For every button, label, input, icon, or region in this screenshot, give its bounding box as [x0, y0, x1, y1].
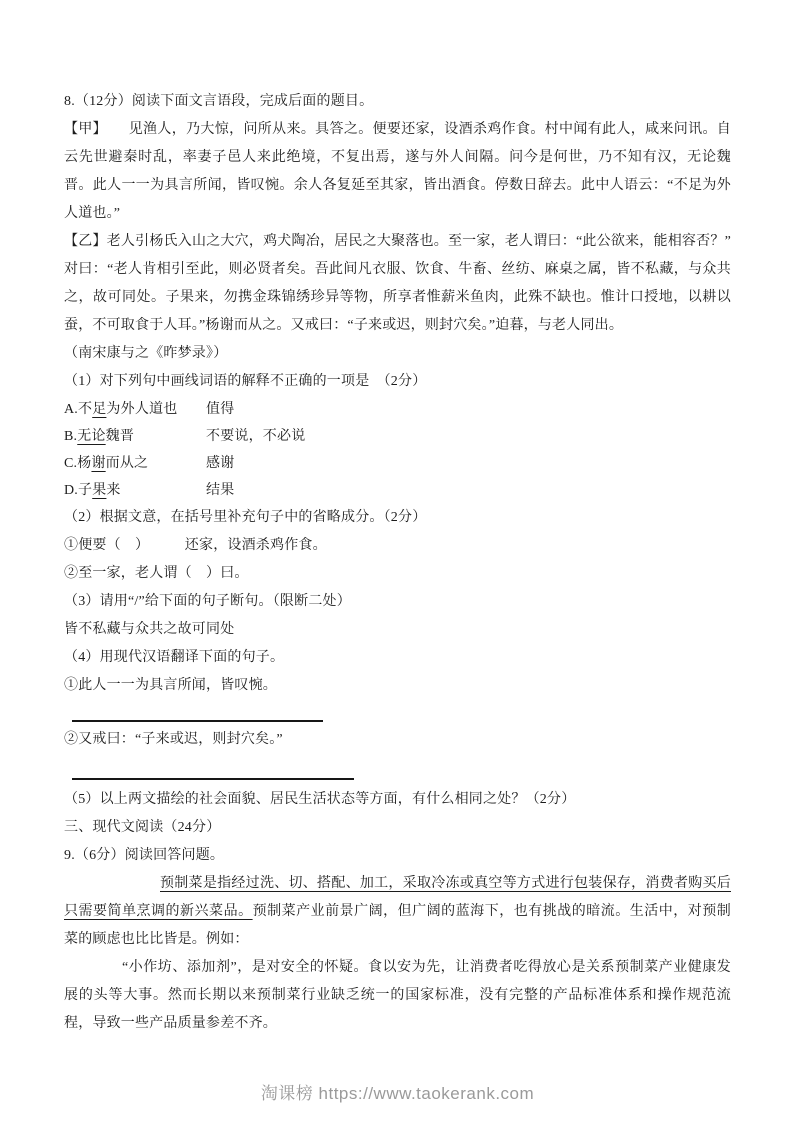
answer-blank-line-2: [72, 778, 354, 780]
q8-4-item2: ②又戒曰：“子来或迟，则封穴矣。”: [64, 726, 731, 754]
q8-1-option-c: C.杨谢而从之 感谢: [64, 450, 731, 477]
passage-source: （南宋康与之《昨梦录》）: [64, 340, 731, 368]
q8-4-stem: （4）用现代汉语翻译下面的句子。: [64, 644, 731, 672]
passage-yi: 【乙】老人引杨氏入山之大穴，鸡犬陶冶，居民之大聚落也。至一家，老人谓曰：“此公欲…: [64, 228, 731, 340]
option-d-gloss: 结果: [206, 477, 234, 504]
q8-1-option-d: D.子果来 结果: [64, 477, 731, 504]
option-a-gloss: 值得: [206, 396, 234, 423]
q8-5-stem: （5）以上两文描绘的社会面貌、居民生活状态等方面，有什么相同之处？（2分）: [64, 786, 731, 814]
q8-heading: 8.（12分）阅读下面文言语段，完成后面的题目。: [64, 88, 731, 116]
q9-passage-example: “小作坊、添加剂”，是对安全的怀疑。食以安为先，让消费者吃得放心是关系预制菜产业…: [64, 954, 731, 1038]
passage-jia: 【甲】 见渔人，乃大惊，问所从来。具答之。便要还家，设酒杀鸡作食。村中闻有此人，…: [64, 116, 731, 228]
footer-watermark: 淘课榜 https://www.taokerank.com: [64, 1082, 731, 1106]
option-c-phrase: C.杨谢而从之: [64, 450, 206, 477]
q8-1-option-a: A.不足为外人道也 值得: [64, 396, 731, 423]
q8-3-sentence: 皆不私藏与众共之故可同处: [64, 616, 731, 644]
q9-heading: 9.（6分）阅读回答问题。: [64, 842, 731, 870]
option-d-phrase: D.子果来: [64, 477, 206, 504]
option-b-pre: B.: [64, 429, 77, 444]
q8-2-item2: ②至一家，老人谓（ ）曰。: [64, 560, 731, 588]
option-b-underlined-word: 无论: [77, 429, 105, 444]
q8-3-stem: （3）请用“/”给下面的句子断句。（限断二处）: [64, 588, 731, 616]
exam-paper-page: 8.（12分）阅读下面文言语段，完成后面的题目。 【甲】 见渔人，乃大惊，问所从…: [0, 0, 793, 1122]
q8-1-option-b: B.无论魏晋 不要说，不必说: [64, 423, 731, 450]
option-a-underlined-word: 足: [92, 402, 106, 417]
option-b-gloss: 不要说，不必说: [206, 423, 305, 450]
option-d-post: 来: [106, 483, 120, 498]
q8-2-item1: ①便要（ ） 还家，设酒杀鸡作食。: [64, 532, 731, 560]
section3-heading: 三、现代文阅读（24分）: [64, 814, 731, 842]
q8-2-stem: （2）根据文意，在括号里补充句子中的省略成分。（2分）: [64, 504, 731, 532]
option-c-gloss: 感谢: [206, 450, 234, 477]
q9-passage-intro: 预制菜是指经过洗、切、搭配、加工，采取冷冻或真空等方式进行包装保存，消费者购买后…: [64, 870, 731, 954]
option-d-pre: D.子: [64, 483, 92, 498]
option-b-post: 魏晋: [106, 429, 134, 444]
q8-4-item1: ①此人一一为具言所闻，皆叹惋。: [64, 672, 731, 700]
option-a-phrase: A.不足为外人道也: [64, 396, 206, 423]
option-b-phrase: B.无论魏晋: [64, 423, 206, 450]
option-a-pre: A.不: [64, 402, 92, 417]
option-d-underlined-word: 果: [92, 483, 106, 498]
option-a-post: 为外人道也: [106, 402, 177, 417]
option-c-pre: C.杨: [64, 456, 91, 471]
answer-blank-line-1: [72, 720, 323, 722]
q8-1-stem: （1）对下列句中画线词语的解释不正确的一项是 （2分）: [64, 368, 731, 396]
option-c-post: 而从之: [106, 456, 149, 471]
option-c-underlined-word: 谢: [91, 456, 105, 471]
